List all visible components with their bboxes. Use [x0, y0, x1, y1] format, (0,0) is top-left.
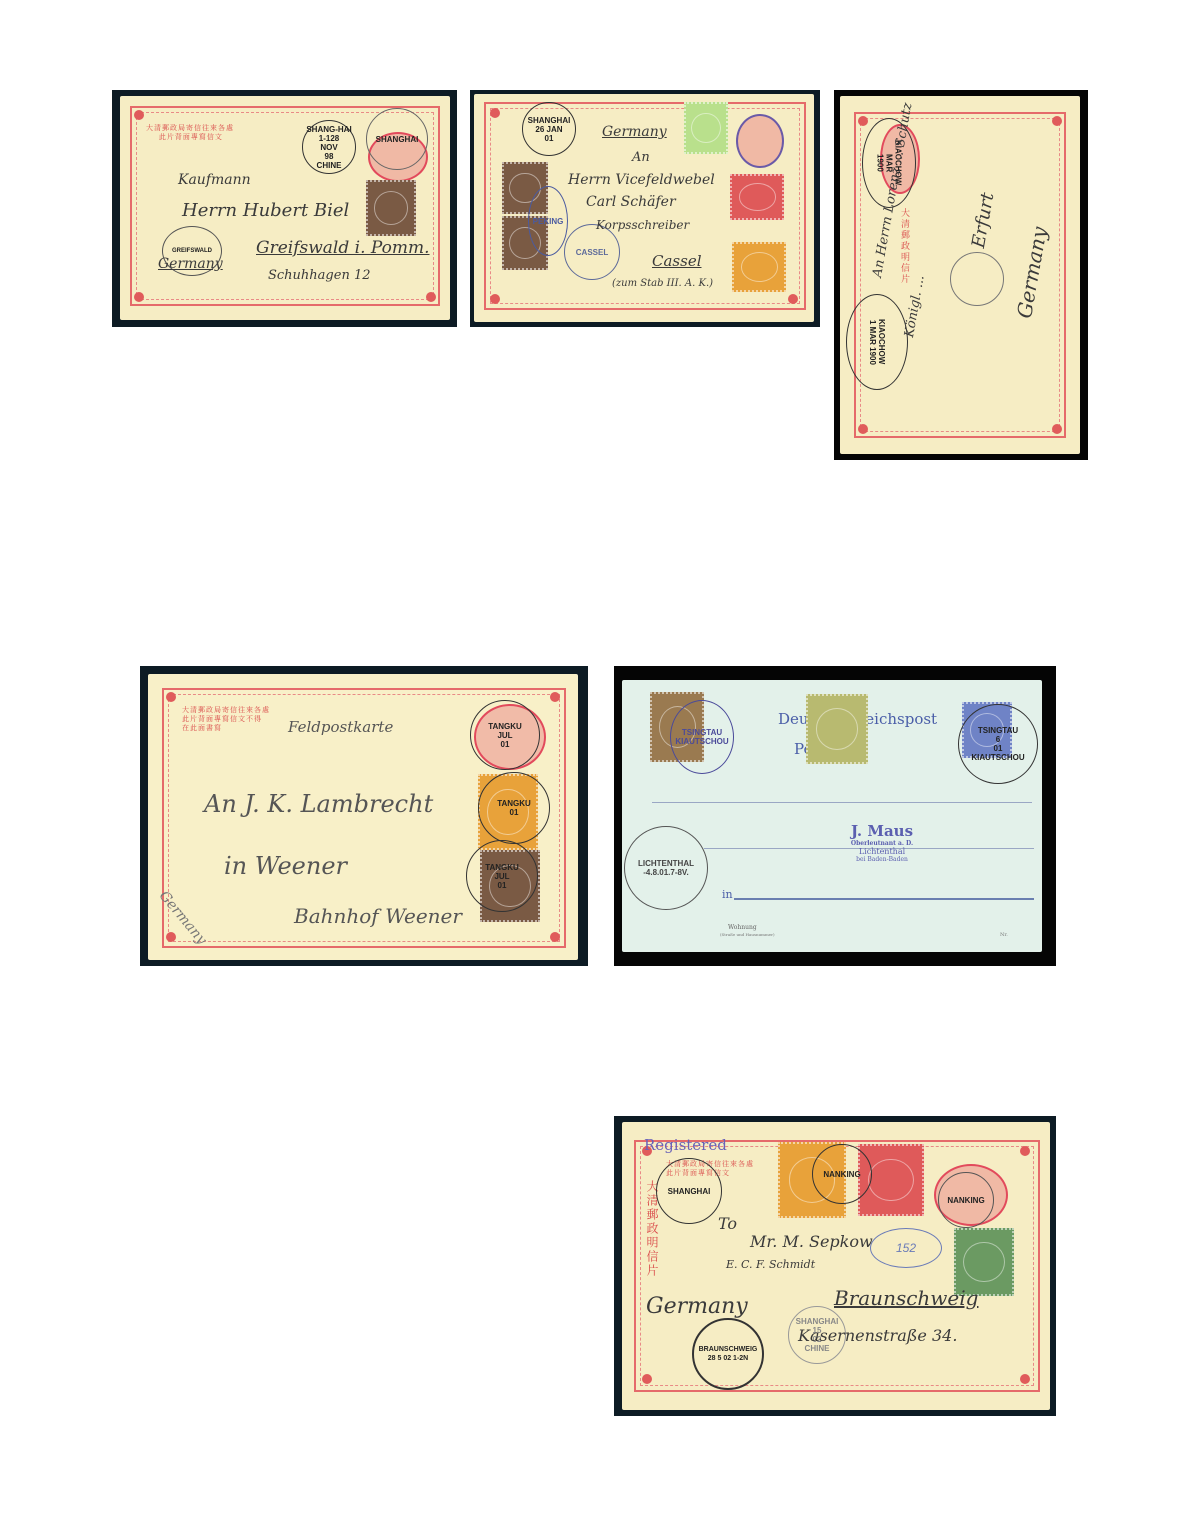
yinyang-corner-icon: [858, 116, 868, 126]
address-line: Herrn Hubert Biel: [182, 200, 349, 221]
address-line: Kaufmann: [178, 172, 251, 188]
postmark-braunschweig: BRAUNSCHWEIG 28 5 02 1-2N: [692, 1318, 764, 1390]
sender-town: Lichtenthal: [822, 847, 942, 856]
address-line-rule: [734, 898, 1034, 900]
postmark-nanking: NANKING: [812, 1144, 872, 1204]
postcard-photo-2: SHANGHAI 26 JAN 01 PEKING CASSEL Germany…: [470, 90, 820, 327]
postmark-shanghai: SHANGHAI: [656, 1158, 722, 1224]
address-line: Germany: [602, 124, 667, 140]
yinyang-corner-icon: [1052, 424, 1062, 434]
postcard-photo-4: 大清郵政局寄信往來各處 此片背面專寫信文不得 在此面書寫 TANGKU JUL …: [140, 666, 588, 966]
yinyang-corner-icon: [166, 932, 176, 942]
yinyang-corner-icon: [1052, 116, 1062, 126]
sender-rank: Oberleutnant a. D.: [822, 840, 942, 847]
form-label-wohnung: Wohnung: [728, 924, 757, 931]
address-line: Korpsschreiber: [596, 218, 689, 232]
printed-chinese-text: 大清郵政局寄信往來各處 此片背面專寫信文: [146, 124, 234, 142]
destination-annotation: Germany: [158, 256, 223, 272]
postcard-photo-5: Deutsche Reichspost Postkarte TSINGTAU K…: [614, 666, 1056, 966]
postmark-transit: [950, 252, 1004, 306]
registration-number: 152: [870, 1228, 942, 1268]
postcard-3: KIAOCHOW MAR 1900 大清郵政明信片 KIAOCHOW 1 MAR…: [840, 96, 1080, 454]
yinyang-corner-icon: [166, 692, 176, 702]
yinyang-corner-icon: [1020, 1374, 1030, 1384]
stamp-red-2c: [730, 174, 784, 220]
postmark-tsingtau: TSINGTAU 6 01 KIAUTSCHOU: [958, 704, 1038, 784]
address-line: Germany: [646, 1294, 748, 1319]
postmark-nanking: NANKING: [938, 1172, 994, 1228]
postcard-photo-3: KIAOCHOW MAR 1900 大清郵政明信片 KIAOCHOW 1 MAR…: [834, 90, 1088, 460]
address-line: Braunschweig: [834, 1286, 978, 1310]
address-line: Cassel: [652, 252, 702, 270]
address-line: An: [632, 150, 650, 165]
yinyang-corner-icon: [550, 932, 560, 942]
sender-name: J. Maus: [822, 822, 942, 840]
postcard-photo-6: Registered 大清郵政局寄信往來各處 此片背面專寫信文 大清郵政明信片 …: [614, 1116, 1056, 1416]
address-line: Mr. M. Sepkow: [750, 1232, 873, 1251]
postmark-tangku: TANGKU JUL 01: [470, 700, 540, 770]
address-line: Bahnhof Weener: [294, 904, 462, 928]
stamp-orange-1c: [732, 242, 786, 292]
address-line: Schuhhagen 12: [268, 268, 371, 283]
address-line: To: [718, 1214, 737, 1233]
postmark-tangku: TANGKU JUL 01: [466, 840, 538, 912]
postcard-photo-1: 大清郵政局寄信往來各處 此片背面專寫信文 SHANG-HAI 1-128 NOV…: [112, 90, 457, 327]
yinyang-corner-icon: [490, 294, 500, 304]
yinyang-corner-icon: [858, 424, 868, 434]
yinyang-corner-icon: [426, 292, 436, 302]
stamp-brown-1c: [366, 180, 416, 236]
address-line: Greifswald i. Pomm.: [256, 238, 430, 258]
postcard-1: 大清郵政局寄信往來各處 此片背面專寫信文 SHANG-HAI 1-128 NOV…: [120, 96, 450, 320]
form-label-in: in: [722, 888, 733, 901]
address-line: Kasernenstraße 34.: [798, 1326, 957, 1345]
stamp-green-overprint: [684, 102, 728, 154]
yinyang-corner-icon: [642, 1374, 652, 1384]
yinyang-corner-icon: [1020, 1146, 1030, 1156]
stamp-indicium: [736, 114, 784, 168]
postmark-tangku: TANGKU 01: [478, 772, 550, 844]
address-line: Herrn Vicefeldwebel: [568, 172, 715, 188]
address-line: Carl Schäfer: [586, 194, 676, 210]
yinyang-corner-icon: [134, 292, 144, 302]
postmark-shanghai-chine: SHANG-HAI 1-128 NOV 98 CHINE: [302, 120, 356, 174]
address-line: E. C. F. Schmidt: [726, 1258, 815, 1271]
yinyang-corner-icon: [550, 692, 560, 702]
address-line: Feldpostkarte: [288, 718, 393, 736]
yinyang-corner-icon: [788, 294, 798, 304]
address-line: An J. K. Lambrecht: [204, 790, 433, 818]
yinyang-corner-icon: [490, 108, 500, 118]
postcard-4: 大清郵政局寄信往來各處 此片背面專寫信文不得 在此面書寫 TANGKU JUL …: [148, 674, 578, 960]
printed-chinese-text: 大清郵政局寄信往來各處 此片背面專寫信文不得 在此面書寫: [182, 706, 270, 733]
stamp-chinese-olive: [806, 694, 868, 764]
postmark-peking: PEKING: [528, 186, 568, 256]
postcard-6: Registered 大清郵政局寄信往來各處 此片背面專寫信文 大清郵政明信片 …: [622, 1122, 1050, 1410]
address-line: in Weener: [224, 852, 347, 880]
printed-chinese-text: 大清郵政明信片: [898, 208, 911, 285]
postmark-kiaochow-oval: KIAOCHOW 1 MAR 1900: [846, 294, 908, 390]
sender-region: bei Baden-Baden: [822, 856, 942, 863]
postmark-shanghai: SHANGHAI: [366, 108, 428, 170]
form-label-nr: Nr.: [1000, 932, 1008, 938]
address-line-rule: [652, 802, 1032, 803]
yinyang-corner-icon: [134, 110, 144, 120]
registered-handstamp: Registered: [644, 1136, 727, 1154]
address-line: (zum Stab III. A. K.): [612, 278, 713, 289]
postmark-shanghai: SHANGHAI 26 JAN 01: [522, 102, 576, 156]
postmark-tsingtau: TSINGTAU KIAUTSCHOU: [670, 700, 734, 774]
postcard-2: SHANGHAI 26 JAN 01 PEKING CASSEL Germany…: [474, 94, 814, 322]
form-label-strasse: (Straße und Hausnummer): [720, 932, 775, 937]
postmark-lichtenthal: LICHTENTHAL -4.8.01.7-8V.: [624, 826, 708, 910]
postcard-5: Deutsche Reichspost Postkarte TSINGTAU K…: [622, 680, 1042, 952]
sender-handstamp: J. Maus Oberleutnant a. D. Lichtenthal b…: [822, 822, 942, 863]
postmark-cassel: CASSEL: [564, 224, 620, 280]
